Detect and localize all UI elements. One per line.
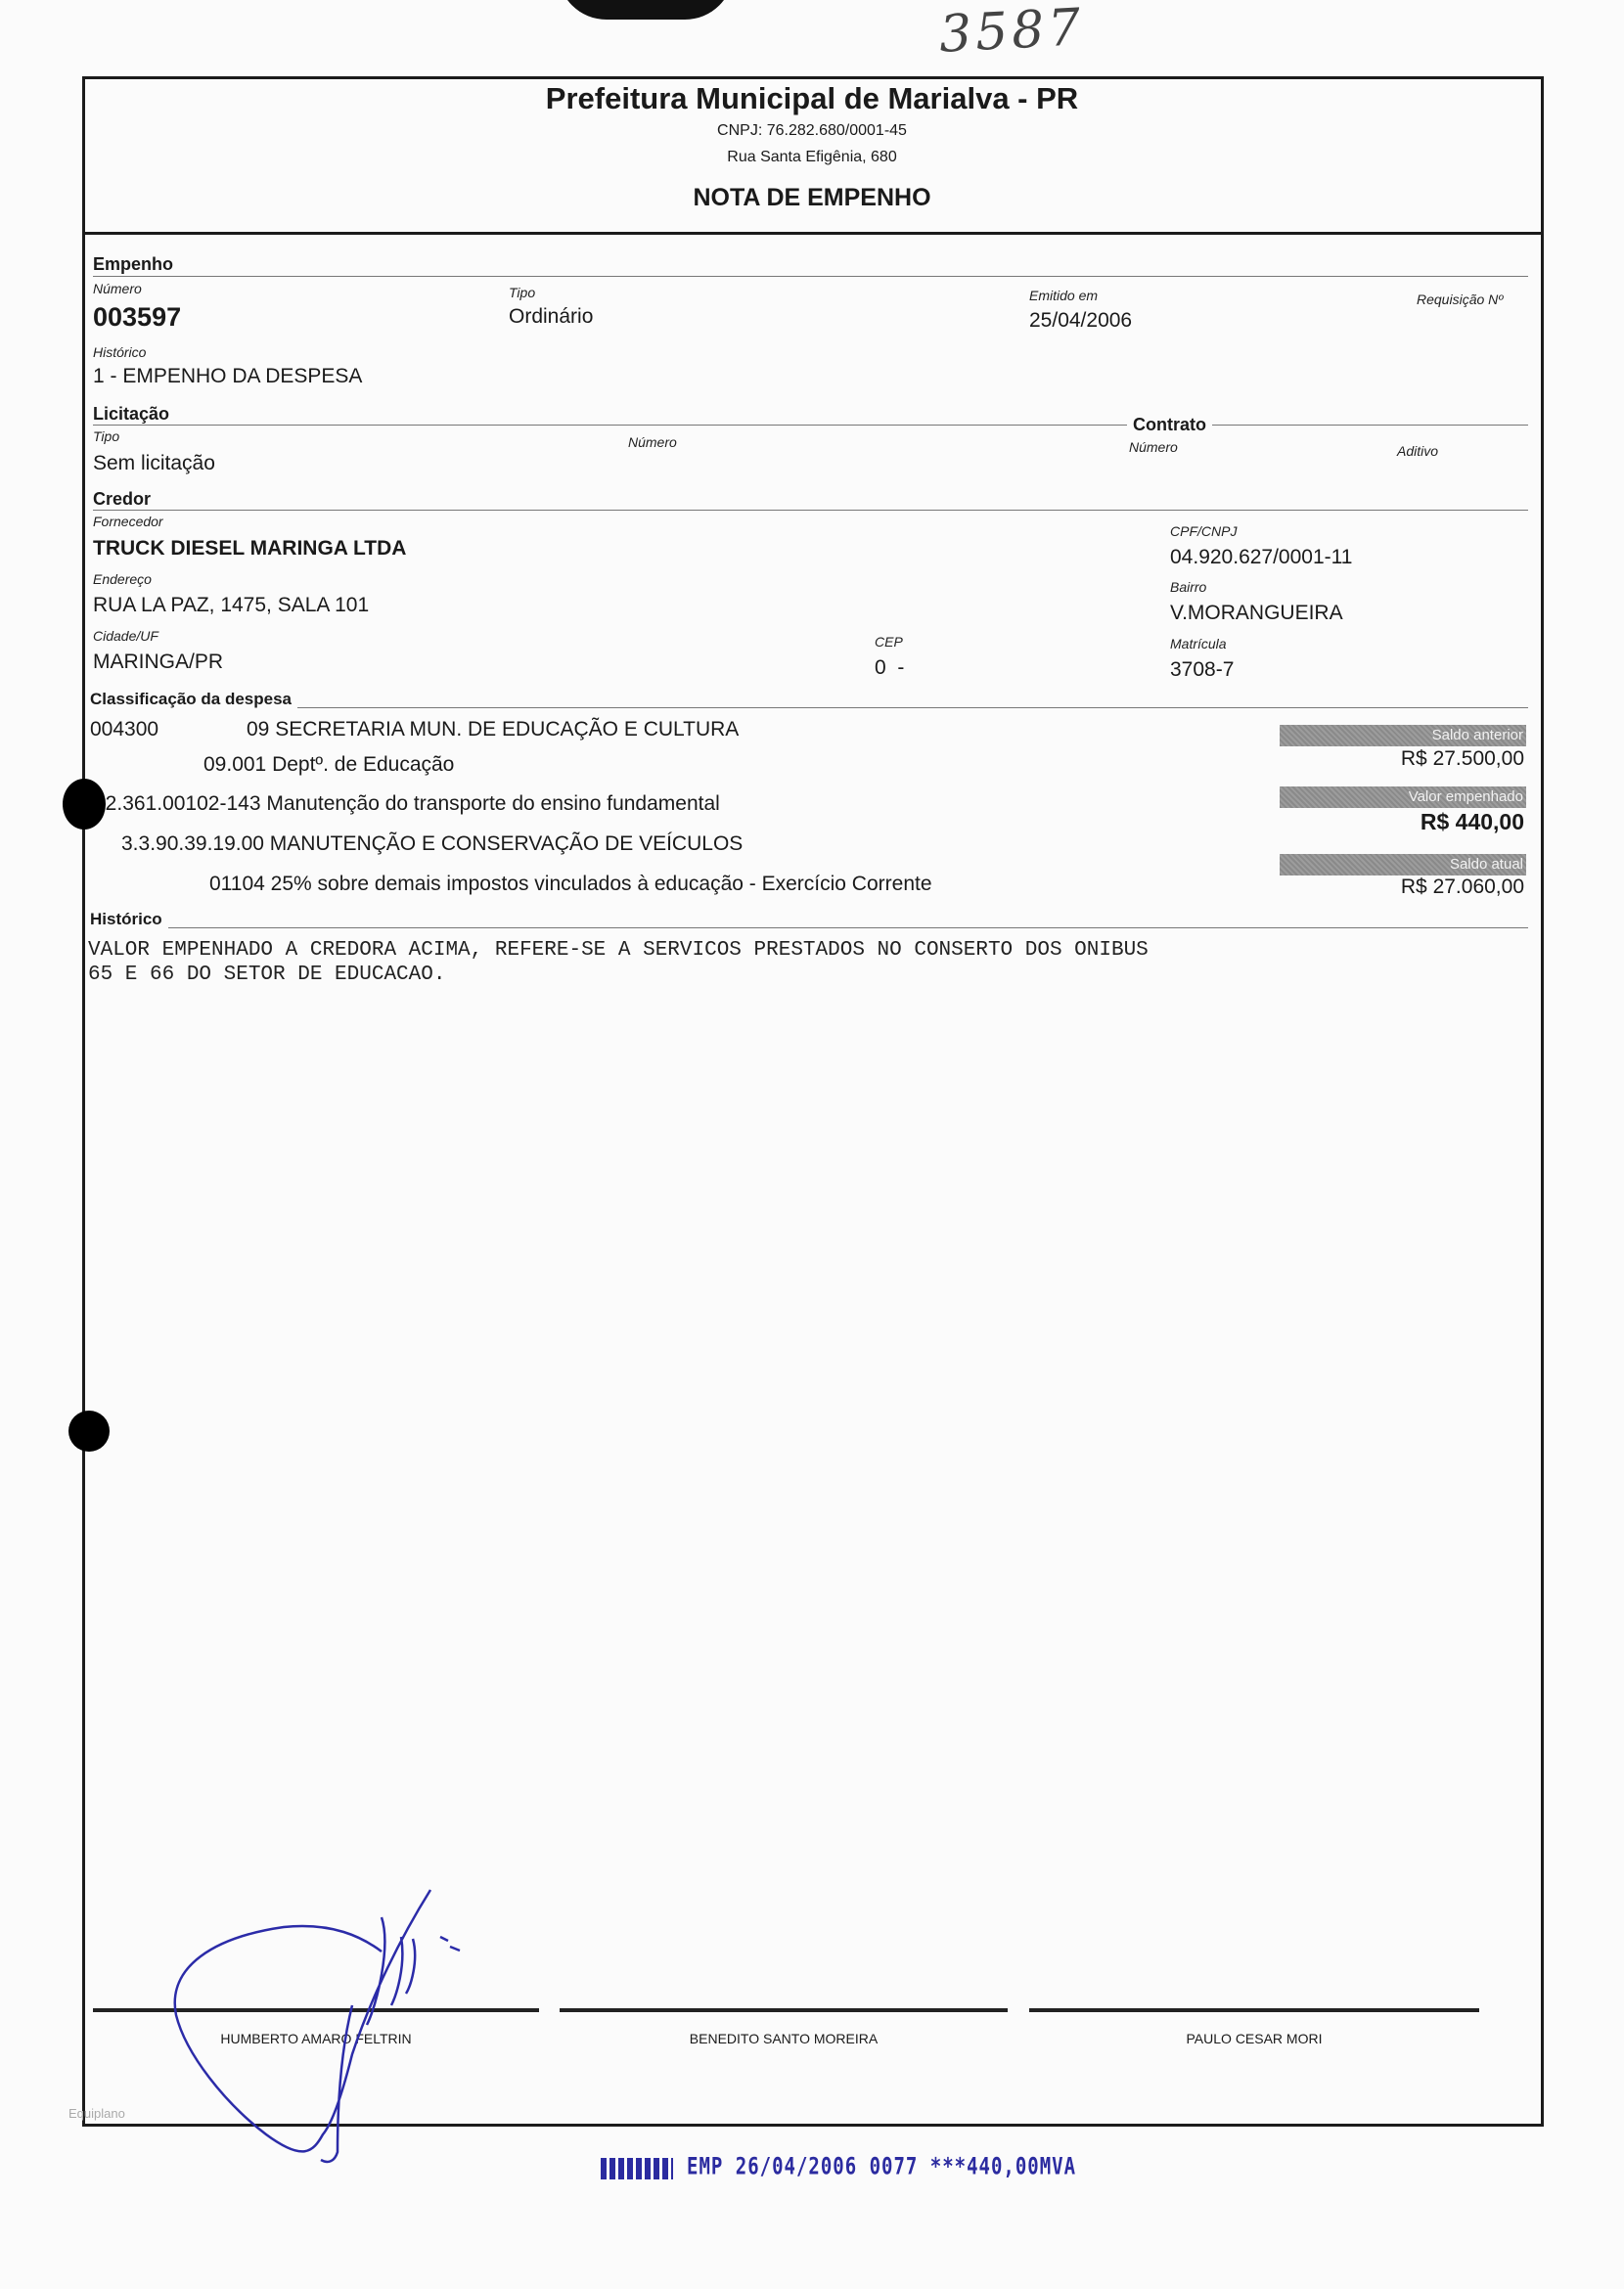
saldo-atual-value: R$ 27.060,00 bbox=[1272, 875, 1524, 899]
empenho-numero: 003597 bbox=[93, 302, 181, 333]
valor-empenhado-label: Valor empenhado bbox=[1280, 786, 1526, 808]
credor-cidade: MARINGA/PR bbox=[93, 651, 223, 674]
classificacao-line: 09.001 Deptº. de Educação bbox=[203, 753, 454, 777]
classificacao-line: 09 SECRETARIA MUN. DE EDUCAÇÃO E CULTURA bbox=[247, 718, 739, 741]
classificacao-line: 12.361.00102-143 Manutenção do transport… bbox=[94, 792, 720, 816]
section-rule bbox=[90, 927, 1528, 928]
signatory-name: PAULO CESAR MORI bbox=[1029, 2031, 1479, 2046]
credor-bairro: V.MORANGUEIRA bbox=[1170, 602, 1343, 625]
signatory-name: BENEDITO SANTO MOREIRA bbox=[560, 2031, 1008, 2046]
empenho-historico: 1 - EMPENHO DA DESPESA bbox=[93, 365, 362, 388]
municipality-title: Prefeitura Municipal de Marialva - PR bbox=[0, 81, 1624, 116]
classificacao-line: 3.3.90.39.19.00 MANUTENÇÃO E CONSERVAÇÃO… bbox=[121, 832, 743, 856]
section-rule bbox=[93, 425, 1528, 426]
endereco-label: Endereço bbox=[93, 571, 152, 587]
licitacao-numero-label: Número bbox=[628, 434, 677, 450]
valor-empenhado-value: R$ 440,00 bbox=[1272, 809, 1524, 835]
historico-text-line1: VALOR EMPENHADO A CREDORA ACIMA, REFERE-… bbox=[88, 939, 1149, 962]
requisicao-label: Requisição Nº bbox=[1417, 292, 1503, 307]
section-historico: Histórico bbox=[90, 910, 168, 929]
document-title: NOTA DE EMPENHO bbox=[0, 184, 1624, 212]
credor-fornecedor: TRUCK DIESEL MARINGA LTDA bbox=[93, 537, 406, 561]
historico-label: Histórico bbox=[93, 344, 146, 360]
credor-cep: 0 - bbox=[875, 656, 904, 680]
matricula-label: Matrícula bbox=[1170, 636, 1227, 651]
licitacao-tipo-label: Tipo bbox=[93, 428, 119, 444]
municipality-cnpj: CNPJ: 76.282.680/0001-45 bbox=[0, 122, 1624, 140]
bairro-label: Bairro bbox=[1170, 579, 1206, 595]
bank-stamp-logo-icon bbox=[601, 2158, 673, 2179]
credor-matricula: 3708-7 bbox=[1170, 658, 1234, 682]
section-rule bbox=[93, 510, 1528, 511]
cep-label: CEP bbox=[875, 634, 903, 650]
credor-endereco: RUA LA PAZ, 1475, SALA 101 bbox=[93, 594, 369, 617]
licitacao-tipo: Sem licitação bbox=[93, 452, 215, 475]
handwritten-number: 3587 bbox=[938, 0, 1086, 65]
header-divider bbox=[82, 232, 1544, 235]
punch-hole bbox=[68, 1411, 110, 1452]
section-rule bbox=[90, 707, 1528, 708]
section-rule bbox=[93, 276, 1528, 277]
section-classificacao: Classificação da despesa bbox=[90, 690, 297, 709]
software-footer: Equiplano bbox=[68, 2106, 125, 2121]
empenho-emitido: 25/04/2006 bbox=[1029, 309, 1132, 333]
dotacao-code: 004300 bbox=[90, 718, 158, 741]
scan-artifact bbox=[558, 0, 734, 20]
section-credor: Credor bbox=[93, 489, 157, 510]
saldo-anterior-label: Saldo anterior bbox=[1280, 725, 1526, 746]
section-empenho: Empenho bbox=[93, 254, 179, 275]
cpf-label: CPF/CNPJ bbox=[1170, 523, 1237, 539]
signature-line bbox=[1029, 2008, 1479, 2012]
section-contrato: Contrato bbox=[1127, 415, 1212, 435]
punch-hole bbox=[63, 779, 106, 830]
cidade-label: Cidade/UF bbox=[93, 628, 158, 644]
classificacao-line: 01104 25% sobre demais impostos vinculad… bbox=[209, 873, 932, 896]
numero-label: Número bbox=[93, 281, 142, 296]
signature-line bbox=[560, 2008, 1008, 2012]
credor-cpf: 04.920.627/0001-11 bbox=[1170, 546, 1352, 569]
saldo-anterior-value: R$ 27.500,00 bbox=[1272, 747, 1524, 771]
contrato-numero-label: Número bbox=[1129, 439, 1178, 455]
municipality-address: Rua Santa Efigênia, 680 bbox=[0, 149, 1624, 166]
handwritten-signature-icon bbox=[157, 1878, 509, 2172]
tipo-label: Tipo bbox=[509, 285, 535, 300]
saldo-atual-label: Saldo atual bbox=[1280, 854, 1526, 875]
contrato-aditivo-label: Aditivo bbox=[1397, 443, 1438, 459]
bank-authentication-stamp: EMP 26/04/2006 0077 ***440,00MVA bbox=[687, 2153, 1076, 2180]
emitido-label: Emitido em bbox=[1029, 288, 1098, 303]
section-licitacao: Licitação bbox=[93, 404, 175, 425]
empenho-tipo: Ordinário bbox=[509, 305, 593, 329]
historico-text-line2: 65 E 66 DO SETOR DE EDUCACAO. bbox=[88, 964, 445, 986]
fornecedor-label: Fornecedor bbox=[93, 514, 163, 529]
